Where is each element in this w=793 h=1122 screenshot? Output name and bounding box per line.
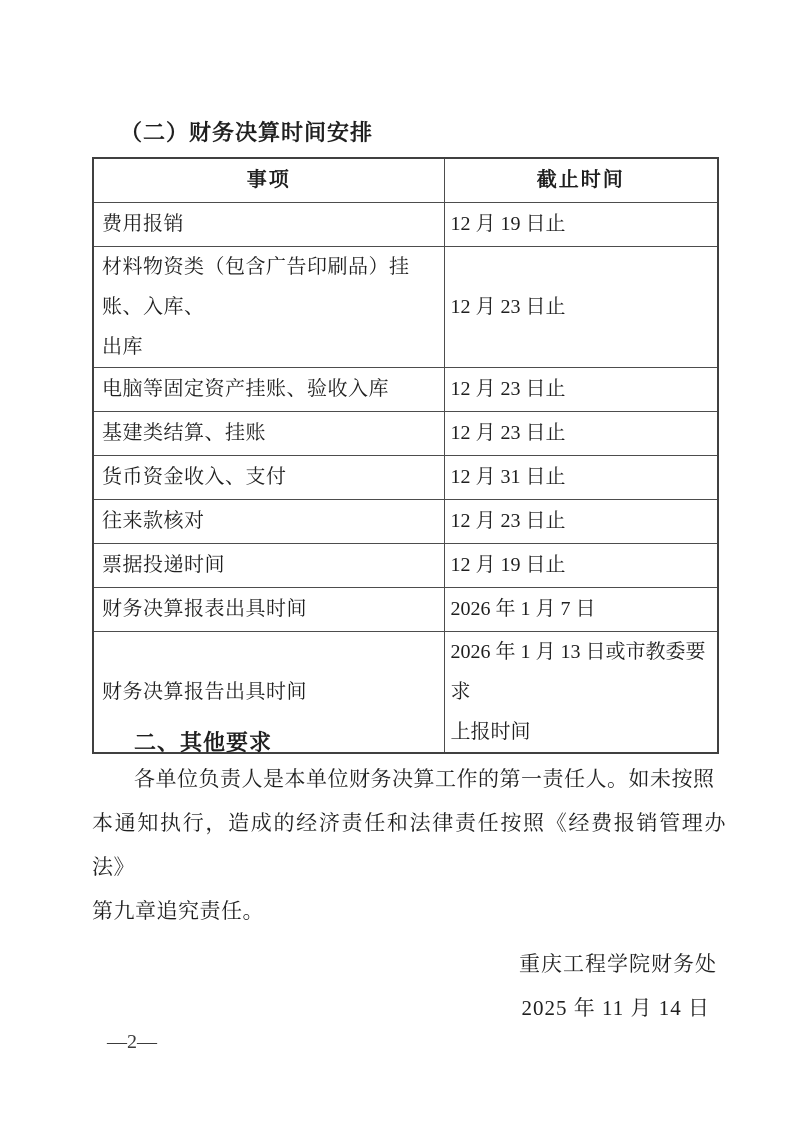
table-row: 财务决算报表出具时间 2026 年 1 月 7 日 (93, 587, 718, 631)
deadline-cell: 12 月 19 日止 (444, 202, 718, 246)
deadline-cell: 12 月 31 日止 (444, 455, 718, 499)
item-cell: 电脑等固定资产挂账、验收入库 (93, 367, 444, 411)
item-cell: 货币资金收入、支付 (93, 455, 444, 499)
table-row: 货币资金收入、支付 12 月 31 日止 (93, 455, 718, 499)
deadline-cell: 2026 年 1 月 7 日 (444, 587, 718, 631)
table-row: 基建类结算、挂账 12 月 23 日止 (93, 411, 718, 455)
deadline-cell: 2026 年 1 月 13 日或市教委要求 上报时间 (444, 631, 718, 753)
page-number: —2— (107, 1031, 157, 1054)
item-cell: 材料物资类（包含广告印刷品）挂账、入库、 出库 (93, 246, 444, 367)
column-header-item: 事项 (93, 158, 444, 202)
deadline-cell: 12 月 23 日止 (444, 367, 718, 411)
document-page: （二）财务决算时间安排 事项 截止时间 费用报销 12 月 19 日止 材料物资… (0, 0, 793, 1122)
signature-organization: 重庆工程学院财务处 (92, 949, 717, 979)
table-row: 电脑等固定资产挂账、验收入库 12 月 23 日止 (93, 367, 718, 411)
table-row: 往来款核对 12 月 23 日止 (93, 499, 718, 543)
deadline-cell: 12 月 19 日止 (444, 543, 718, 587)
section-heading-other-requirements: 二、其他要求 (134, 726, 272, 757)
table-row: 费用报销 12 月 19 日止 (93, 202, 718, 246)
signature-date: 2025 年 11 月 14 日 (92, 993, 717, 1023)
signature-block: 重庆工程学院财务处 2025 年 11 月 14 日 (92, 949, 717, 1023)
item-cell: 票据投递时间 (93, 543, 444, 587)
item-cell: 财务决算报表出具时间 (93, 587, 444, 631)
deadline-cell: 12 月 23 日止 (444, 246, 718, 367)
table-header-row: 事项 截止时间 (93, 158, 718, 202)
item-cell: 基建类结算、挂账 (93, 411, 444, 455)
column-header-deadline: 截止时间 (444, 158, 718, 202)
table-row: 材料物资类（包含广告印刷品）挂账、入库、 出库 12 月 23 日止 (93, 246, 718, 367)
section-heading-finance-schedule: （二）财务决算时间安排 (120, 116, 373, 147)
settlement-schedule-table: 事项 截止时间 费用报销 12 月 19 日止 材料物资类（包含广告印刷品）挂账… (92, 157, 719, 754)
deadline-cell: 12 月 23 日止 (444, 499, 718, 543)
item-cell: 费用报销 (93, 202, 444, 246)
responsibility-paragraph: 各单位负责人是本单位财务决算工作的第一责任人。如未按照 本通知执行，造成的经济责… (92, 757, 726, 933)
table-row: 票据投递时间 12 月 19 日止 (93, 543, 718, 587)
item-cell: 往来款核对 (93, 499, 444, 543)
deadline-cell: 12 月 23 日止 (444, 411, 718, 455)
